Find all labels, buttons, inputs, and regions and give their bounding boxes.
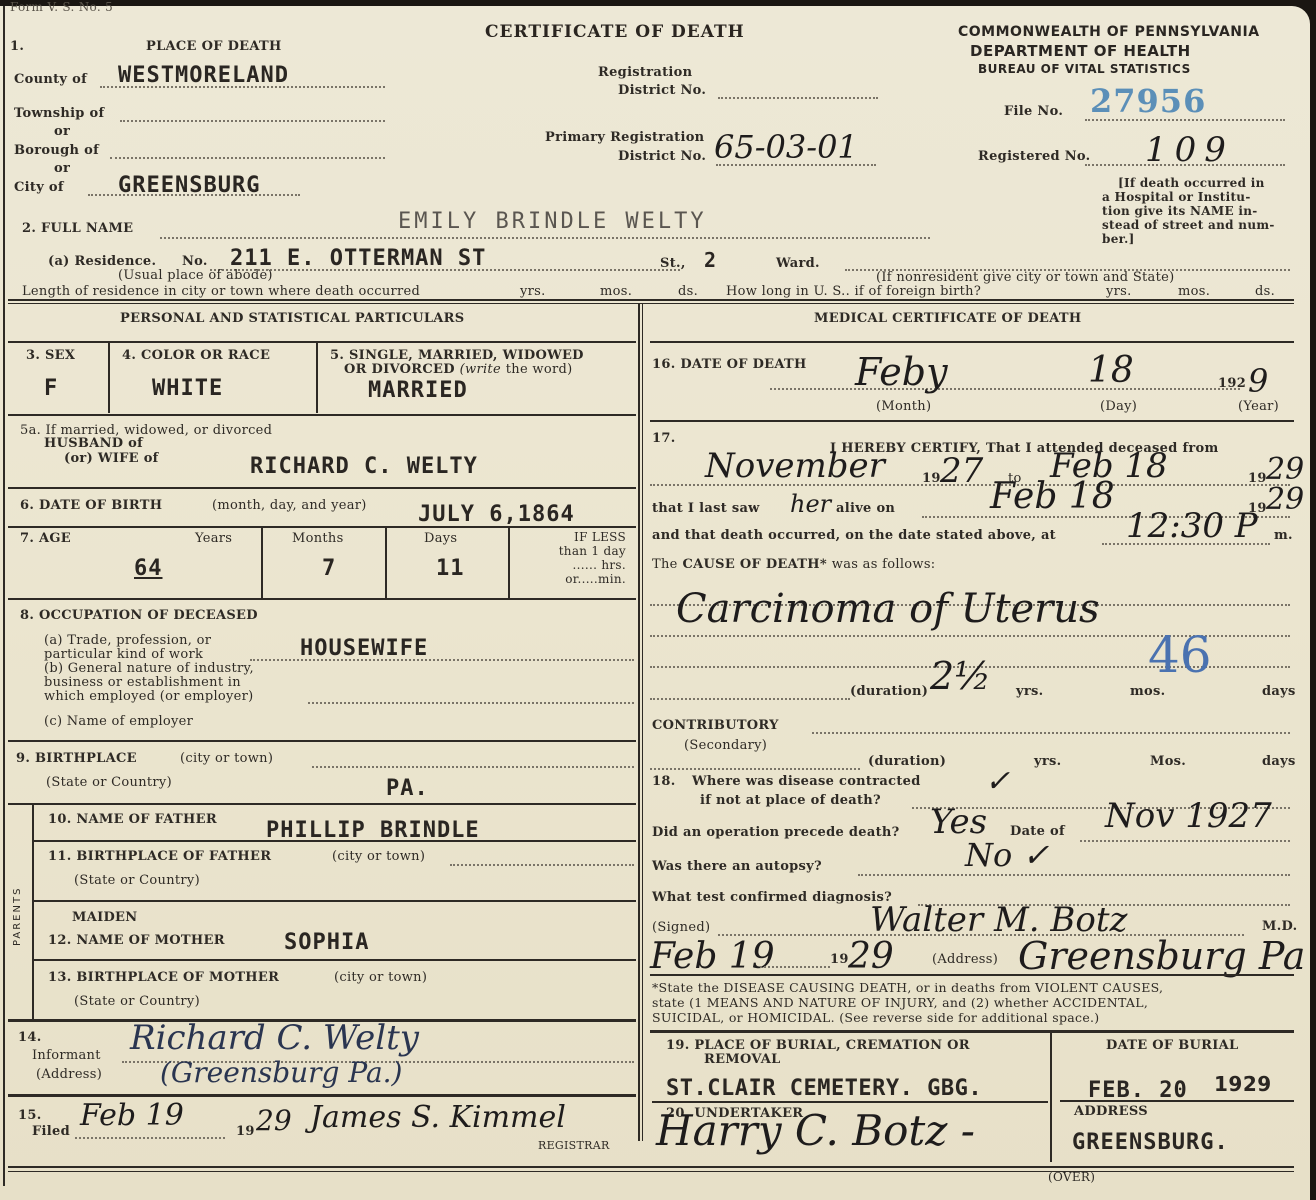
month-hint: (Month) — [876, 399, 931, 414]
informant-label: Informant — [32, 1048, 101, 1063]
frame-left-border — [3, 6, 5, 1186]
burial-address: GREENSBURG. — [1072, 1130, 1229, 1155]
secondary-label: (Secondary) — [684, 738, 767, 753]
birthplace-state-label: (State or Country) — [46, 775, 172, 790]
certify-num: 17. — [652, 431, 676, 446]
st-label: St., — [660, 256, 686, 271]
father-bp-hint: (city or town) — [332, 849, 425, 864]
days-value: 11 — [436, 556, 465, 581]
pronoun: her — [790, 490, 831, 518]
registration-label-2: District No. — [618, 83, 706, 98]
burial-place: ST.CLAIR CEMETERY. GBG. — [666, 1076, 982, 1101]
duration-label: (duration) — [850, 684, 928, 699]
months-label: Months — [292, 531, 344, 546]
personal-heading: PERSONAL AND STATISTICAL PARTICULARS — [120, 311, 464, 326]
marital-value: MARRIED — [368, 378, 468, 403]
res-ds-label: ds. — [678, 284, 698, 299]
signed-label: (Signed) — [652, 920, 710, 935]
burial-address-label: ADDRESS — [1074, 1104, 1148, 1119]
filed-year-prefix: 19 — [236, 1124, 255, 1139]
dod-month: Feby — [855, 350, 948, 394]
test-question: What test confirmed diagnosis? — [652, 890, 892, 905]
parents-side-label: PARENTS — [12, 887, 23, 946]
place-of-death-heading: PLACE OF DEATH — [146, 39, 282, 54]
registration-label-1: Registration — [598, 65, 692, 80]
hospital-note: [If death occurred in — [1118, 176, 1265, 190]
form-number: Form V. S. No. 5 — [10, 0, 113, 14]
full-name-value: EMILY BRINDLE WELTY — [398, 209, 707, 234]
attended-from: November — [705, 446, 885, 486]
maiden-label: MAIDEN — [72, 910, 137, 925]
borough-label: Borough of — [14, 143, 99, 158]
usual-abode-note: (Usual place of abode) — [118, 268, 273, 283]
full-name-label: 2. FULL NAME — [22, 221, 133, 236]
residence-no-label: No. — [182, 254, 208, 269]
race-label: 4. COLOR OR RACE — [122, 348, 270, 363]
contrib-mos-label: Mos. — [1150, 754, 1186, 769]
us-yrs-label: yrs. — [1106, 284, 1132, 299]
issuer-line-1: COMMONWEALTH OF PENNSYLVANIA — [958, 24, 1260, 40]
informant-address-label: (Address) — [36, 1067, 102, 1082]
contrib-days-label: days — [1262, 754, 1296, 769]
column-divider — [638, 303, 640, 1141]
dob-hint: (month, day, and year) — [212, 498, 367, 513]
death-certificate: Form V. S. No. 5 CERTIFICATE OF DEATH CO… — [0, 6, 1310, 1200]
place-of-death-num: 1. — [10, 39, 24, 54]
spouse-label-2: HUSBAND of — [44, 436, 143, 451]
duration-days-label: days — [1262, 684, 1296, 699]
burial-place-label-2: REMOVAL — [704, 1052, 781, 1067]
mother-bp-label: 13. BIRTHPLACE OF MOTHER — [48, 970, 279, 985]
father-label: 10. NAME OF FATHER — [48, 812, 217, 827]
birthplace-hint: (city or town) — [180, 751, 273, 766]
mother-label: 12. NAME OF MOTHER — [48, 933, 225, 948]
q18-text-a: Where was disease contracted — [692, 774, 921, 789]
county-label: County of — [14, 72, 87, 87]
q18-answer: ✓ — [985, 764, 1010, 799]
filed-label: Filed — [32, 1124, 70, 1139]
death-time: 12:30 P — [1126, 506, 1258, 546]
registered-no: 109 — [1145, 130, 1234, 170]
county-value: WESTMORELAND — [118, 63, 289, 88]
or-label-2: or — [54, 161, 70, 176]
dob-value: JULY 6,1864 — [418, 502, 575, 527]
burial-year: 1929 — [1214, 1072, 1272, 1096]
burial-place-label-1: 19. PLACE OF BURIAL, CREMATION OR — [666, 1038, 970, 1053]
contributory-label: CONTRIBUTORY — [652, 718, 779, 733]
occupation-b-label: (b) General nature of industry, business… — [44, 662, 254, 704]
operation-question: Did an operation precede death? — [652, 825, 900, 840]
last-saw-text: that I last saw — [652, 501, 760, 516]
autopsy-answer: No ✓ — [965, 836, 1049, 874]
over-note: (OVER) — [1048, 1170, 1095, 1184]
primary-reg-label-2: District No. — [618, 149, 706, 164]
length-residence-label: Length of residence in city or town wher… — [22, 284, 420, 299]
days-label: Days — [424, 531, 457, 546]
filed-date: Feb 19 — [80, 1098, 184, 1133]
race-value: WHITE — [152, 376, 223, 401]
or-label-1: or — [54, 124, 70, 139]
file-no-stamp: 27956 — [1090, 82, 1206, 120]
occupation-c-label: (c) Name of employer — [44, 714, 193, 729]
from-year: 27 — [940, 451, 983, 491]
alive-on-label: alive on — [836, 501, 895, 516]
less-than-day-label: IF LESS than 1 day ...... hrs. or.....mi… — [520, 530, 626, 586]
signed-date: Feb 19 — [650, 936, 775, 977]
res-yrs-label: yrs. — [520, 284, 546, 299]
last-saw-year: 29 — [1266, 482, 1304, 517]
occurred-text: and that death occurred, on the date sta… — [652, 528, 1056, 543]
spouse-value: RICHARD C. WELTY — [250, 454, 478, 479]
duration-stamp: 46 — [1148, 626, 1212, 684]
cause-of-death: Carcinoma of Uterus — [676, 586, 1100, 632]
day-hint: (Day) — [1100, 399, 1137, 414]
informant-address: (Greensburg Pa.) — [160, 1056, 402, 1089]
file-no-label: File No. — [1004, 104, 1063, 119]
registrar-signature: James S. Kimmel — [310, 1100, 566, 1135]
autopsy-question: Was there an autopsy? — [652, 859, 822, 874]
township-label: Township of — [14, 106, 104, 121]
father-state-label: (State or Country) — [74, 873, 200, 888]
hospital-note-body: a Hospital or Institu- tion give its NAM… — [1102, 190, 1292, 246]
year-hint: (Year) — [1238, 399, 1279, 414]
dod-day: 18 — [1088, 350, 1134, 391]
q18-text-b: if not at place of death? — [700, 793, 881, 808]
us-mos-label: mos. — [1178, 284, 1210, 299]
signed-year-prefix: 19 — [830, 952, 849, 967]
nonresident-note: (If nonresident give city or town and St… — [876, 270, 1175, 285]
dod-year: 9 — [1248, 362, 1268, 400]
burial-date-label: DATE OF BURIAL — [1106, 1038, 1238, 1053]
contrib-duration-label: (duration) — [868, 754, 946, 769]
years-value: 64 — [134, 556, 163, 581]
mother-value: SOPHIA — [284, 930, 369, 955]
primary-reg-label-1: Primary Registration — [545, 130, 704, 145]
issuer-line-2: DEPARTMENT OF HEALTH — [970, 42, 1191, 60]
ward-label: Ward. — [776, 256, 820, 271]
dod-label: 16. DATE OF DEATH — [652, 357, 807, 372]
spouse-label-3: (or) WIFE of — [64, 451, 159, 466]
cause-footnote: *State the DISEASE CAUSING DEATH, or in … — [652, 980, 1163, 1025]
filed-num: 15. — [18, 1108, 42, 1123]
ward-value: 2 — [704, 248, 717, 272]
last-saw-date: Feb 18 — [990, 476, 1115, 517]
occupation-label: 8. OCCUPATION OF DECEASED — [20, 608, 258, 623]
from-year-prefix: 19 — [922, 471, 941, 486]
occupation-a-label: (a) Trade, profession, or particular kin… — [44, 634, 211, 662]
age-label: 7. AGE — [20, 531, 71, 546]
m-label: m. — [1274, 528, 1293, 543]
father-bp-label: 11. BIRTHPLACE OF FATHER — [48, 849, 271, 864]
cause-text: The CAUSE OF DEATH* was as follows: — [652, 557, 936, 572]
to-year-prefix: 19 — [1248, 471, 1267, 486]
dob-label: 6. DATE OF BIRTH — [20, 498, 162, 513]
marital-label-2: OR DIVORCED (write the word) — [344, 362, 572, 377]
medical-heading: MEDICAL CERTIFICATE OF DEATH — [814, 311, 1081, 326]
sex-label: 3. SEX — [26, 348, 75, 363]
operation-date: Nov 1927 — [1105, 796, 1272, 836]
how-long-us-label: How long in U. S.. if of foreign birth? — [726, 284, 981, 299]
res-mos-label: mos. — [600, 284, 632, 299]
md-label: M.D. — [1262, 919, 1297, 934]
city-value: GREENSBURG — [118, 173, 260, 198]
duration-mos-label: mos. — [1130, 684, 1165, 699]
contrib-yrs-label: yrs. — [1034, 754, 1061, 769]
sex-value: F — [44, 376, 58, 401]
filed-year: 29 — [256, 1104, 292, 1137]
q18-num: 18. — [652, 774, 676, 789]
mother-state-label: (State or Country) — [74, 994, 200, 1009]
dod-year-prefix: 192 — [1218, 376, 1246, 391]
undertaker-signature: Harry C. Botz - — [656, 1106, 975, 1155]
city-label: City of — [14, 180, 64, 195]
duration-yrs-label: yrs. — [1016, 684, 1043, 699]
registered-no-label: Registered No. — [978, 149, 1091, 164]
certificate-title: CERTIFICATE OF DEATH — [485, 22, 745, 42]
marital-label-1: 5. SINGLE, MARRIED, WIDOWED — [330, 348, 584, 363]
physician-address-label: (Address) — [932, 952, 998, 967]
months-value: 7 — [322, 556, 336, 581]
informant-num: 14. — [18, 1030, 42, 1045]
years-label: Years — [195, 531, 232, 546]
occupation-value: HOUSEWIFE — [300, 636, 428, 661]
informant-signature: Richard C. Welty — [130, 1018, 419, 1058]
duration-years: 2½ — [930, 654, 991, 698]
birthplace-state-value: PA. — [386, 776, 429, 801]
us-ds-label: ds. — [1255, 284, 1275, 299]
birthplace-label: 9. BIRTHPLACE — [16, 751, 137, 766]
signed-year: 29 — [848, 936, 894, 977]
registrar-label: REGISTRAR — [538, 1139, 610, 1152]
mother-bp-hint: (city or town) — [334, 970, 427, 985]
primary-registration-no: 65-03-01 — [714, 128, 858, 166]
issuer-line-3: BUREAU OF VITAL STATISTICS — [978, 62, 1191, 76]
physician-address: Greensburg Pa — [1018, 934, 1305, 978]
residence-label: (a) Residence. — [48, 254, 156, 269]
